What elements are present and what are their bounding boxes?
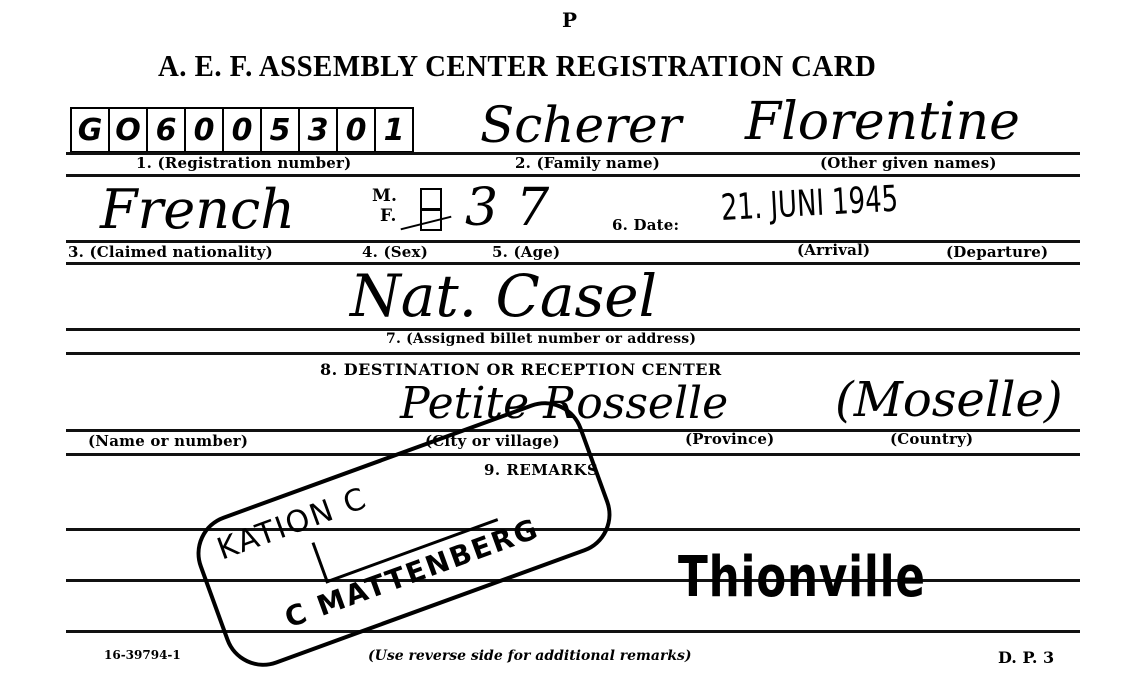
nationality-value: French bbox=[100, 178, 295, 241]
corner-mark: P bbox=[562, 8, 577, 32]
reg-digit: O bbox=[110, 109, 148, 151]
card-title: A. E. F. ASSEMBLY CENTER REGISTRATION CA… bbox=[158, 48, 876, 84]
reg-digit: 5 bbox=[262, 109, 300, 151]
arrival-date-stamp: 21. JUNI 1945 bbox=[720, 179, 899, 229]
divider bbox=[66, 174, 1080, 177]
form-id: D. P. 3 bbox=[998, 648, 1054, 667]
reg-digit: 0 bbox=[224, 109, 262, 151]
age-label: 5. (Age) bbox=[492, 243, 560, 261]
reg-digit: 3 bbox=[300, 109, 338, 151]
sex-male-checkbox bbox=[420, 188, 442, 210]
nationality-label: 3. (Claimed nationality) bbox=[68, 243, 273, 261]
divider bbox=[66, 352, 1080, 355]
other-given-names-value: Florentine bbox=[745, 92, 1020, 152]
thionville-stamp: Thionville bbox=[678, 545, 926, 610]
footer-note: (Use reverse side for additional remarks… bbox=[368, 648, 692, 664]
registration-number-label: 1. (Registration number) bbox=[136, 154, 351, 172]
billet-value: Nat. Casel bbox=[350, 262, 657, 330]
country-label: (Country) bbox=[890, 430, 973, 448]
family-name-value: Scherer bbox=[480, 96, 681, 154]
sex-label: 4. (Sex) bbox=[362, 243, 428, 261]
registration-number-boxes: G O 6 0 0 5 3 0 1 bbox=[70, 107, 414, 153]
form-code: 16-39794-1 bbox=[104, 648, 181, 662]
age-value: 37 bbox=[465, 178, 567, 238]
reg-digit: 0 bbox=[338, 109, 376, 151]
departure-label: (Departure) bbox=[946, 243, 1048, 261]
sex-female-label: F. bbox=[380, 206, 397, 226]
reg-digit: 1 bbox=[376, 109, 412, 151]
destination-heading: 8. DESTINATION OR RECEPTION CENTER bbox=[320, 360, 722, 379]
reg-digit: 0 bbox=[186, 109, 224, 151]
sex-male-label: M. bbox=[372, 186, 397, 206]
other-given-names-label: (Other given names) bbox=[820, 154, 997, 172]
arrival-label: (Arrival) bbox=[797, 241, 870, 259]
reg-digit: G bbox=[72, 109, 110, 151]
destination-province-value: (Moselle) bbox=[835, 372, 1063, 428]
date-label: 6. Date: bbox=[612, 216, 679, 234]
divider bbox=[66, 630, 1080, 633]
reg-digit: 6 bbox=[148, 109, 186, 151]
province-label: (Province) bbox=[685, 430, 774, 448]
name-or-number-label: (Name or number) bbox=[88, 432, 248, 450]
family-name-label: 2. (Family name) bbox=[515, 154, 660, 172]
billet-label: 7. (Assigned billet number or address) bbox=[386, 331, 696, 347]
